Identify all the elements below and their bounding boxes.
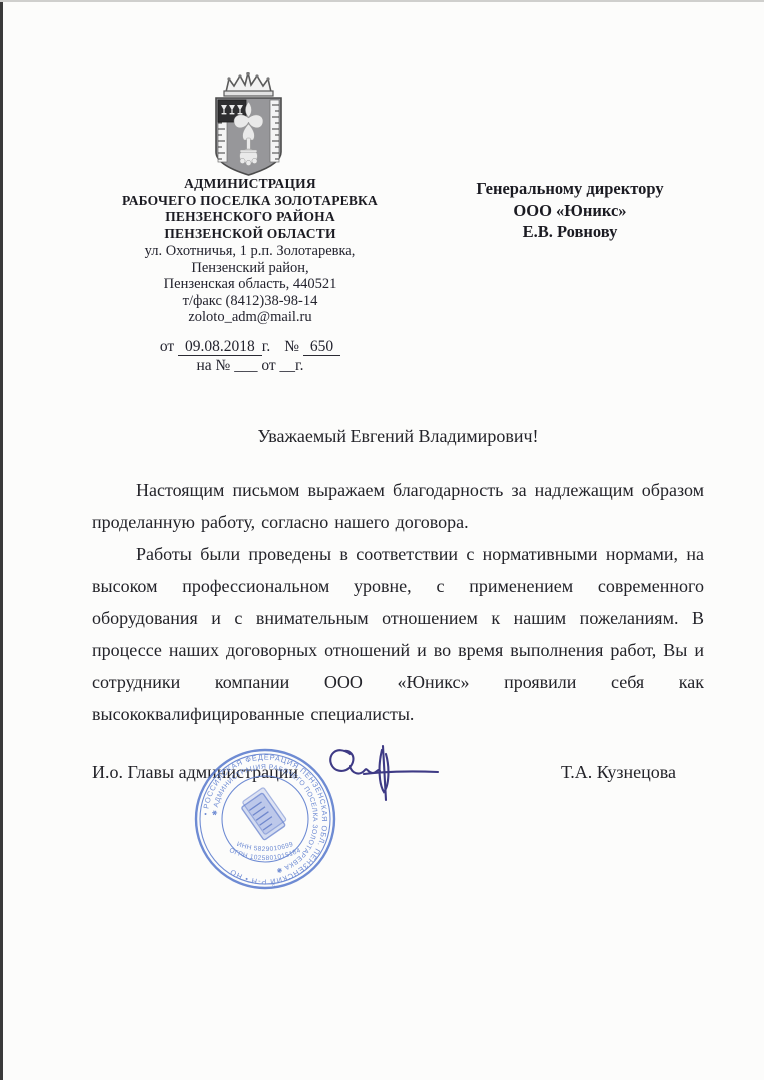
address-line: Пензенский район,	[55, 260, 445, 277]
recipient-company: ООО «Юникс»	[425, 200, 715, 222]
recipient-name: Е.В. Ровнову	[425, 221, 715, 243]
org-line: АДМИНИСТРАЦИЯ	[55, 176, 445, 193]
recipient-title: Генеральному директору	[425, 178, 715, 200]
email-line: zoloto_adm@mail.ru	[55, 309, 445, 326]
letterhead-org-name: АДМИНИСТРАЦИЯ РАБОЧЕГО ПОСЕЛКА ЗОЛОТАРЕВ…	[55, 176, 445, 242]
address-line: ул. Охотничья, 1 р.п. Золотаревка,	[55, 243, 445, 260]
from-label: от	[160, 338, 174, 355]
letter-body: Настоящим письмом выражаем благодарность…	[92, 474, 704, 730]
org-line: РАБОЧЕГО ПОСЕЛКА ЗОЛОТАРЕВКА	[55, 193, 445, 210]
address-line: т/факс (8412)38-98-14	[55, 293, 445, 310]
coat-of-arms-icon	[196, 72, 300, 178]
letterhead-address: ул. Охотничья, 1 р.п. Золотаревка, Пензе…	[55, 243, 445, 326]
salutation: Уважаемый Евгений Владимирович!	[92, 426, 704, 447]
paragraph: Работы были проведены в соответствии с н…	[92, 538, 704, 730]
recipient-block: Генеральному директору ООО «Юникс» Е.В. …	[425, 178, 715, 243]
scanned-letter-page: АДМИНИСТРАЦИЯ РАБОЧЕГО ПОСЕЛКА ЗОЛОТАРЕВ…	[0, 0, 764, 1080]
scan-edge-left	[0, 0, 3, 1080]
stamp-inn-text: ИНН 5829010699	[236, 841, 294, 853]
org-line: ПЕНЗЕНСКОГО РАЙОНА	[55, 209, 445, 226]
number-label: №	[284, 338, 299, 355]
paragraph: Настоящим письмом выражаем благодарность…	[92, 474, 704, 538]
number-value: 650	[303, 338, 340, 356]
incoming-ref-line: на № ___ от __г.	[55, 356, 445, 375]
official-stamp: • РОССИЙСКАЯ ФЕДЕРАЦИЯ ПЕНЗЕНСКАЯ ОБЛ. П…	[192, 746, 338, 894]
address-line: Пензенская область, 440521	[55, 276, 445, 293]
date-value: 09.08.2018	[178, 338, 262, 356]
signer-name: Т.А. Кузнецова	[561, 762, 676, 783]
org-line: ПЕНЗЕНСКОЙ ОБЛАСТИ	[55, 226, 445, 243]
handwritten-signature	[320, 740, 445, 815]
svg-text:ИНН 5829010699: ИНН 5829010699	[236, 841, 294, 853]
scan-edge-top	[0, 0, 764, 2]
date-suffix: г.	[262, 338, 270, 355]
outgoing-ref-line: от 09.08.2018г.№ 650	[55, 337, 445, 356]
reference-block: от 09.08.2018г.№ 650 на № ___ от __г.	[55, 337, 445, 375]
